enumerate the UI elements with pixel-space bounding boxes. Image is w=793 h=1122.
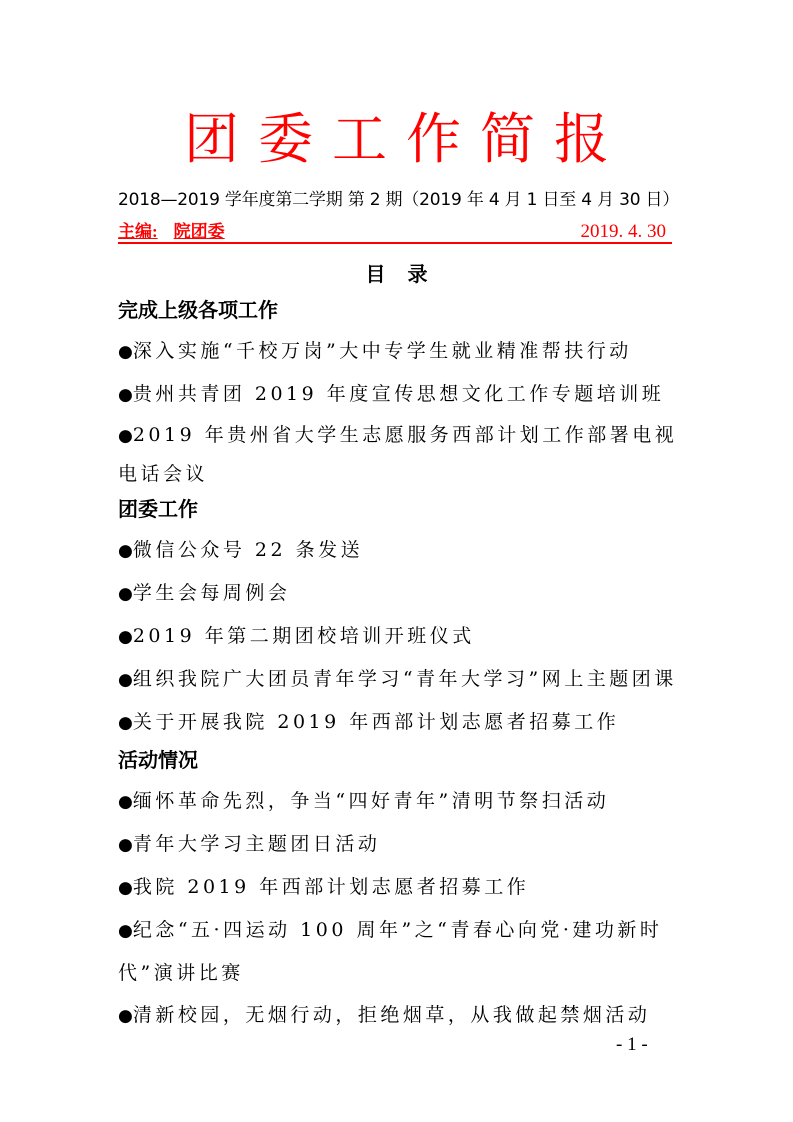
- toc-item: ●贵州共青团 2019 年度宣传思想文化工作专题培训班: [118, 373, 678, 416]
- bullet-icon: ●: [118, 921, 133, 941]
- editor-line: 主编:院团委 2019. 4. 30: [118, 220, 672, 244]
- toc-item: ●关于开展我院 2019 年西部计划志愿者招募工作: [118, 701, 678, 744]
- section-heading: 团委工作: [118, 495, 678, 529]
- bullet-icon: ●: [118, 835, 133, 855]
- document-page: 团委工作简报 2018—2019 学年度第二学期 第 2 期（2019 年 4 …: [0, 0, 793, 1122]
- toc-item: ●深入实施“千校万岗”大中专学生就业精准帮扶行动: [118, 330, 678, 373]
- editor-label: 主编:: [118, 222, 158, 241]
- bullet-icon: ●: [118, 1006, 133, 1026]
- toc-item: ●我院 2019 年西部计划志愿者招募工作: [118, 866, 678, 909]
- toc-item: ●缅怀革命先烈，争当“四好青年”清明节祭扫活动: [118, 780, 678, 823]
- bullet-icon: ●: [118, 426, 133, 446]
- toc-item: ●2019 年第二期团校培训开班仪式: [118, 615, 678, 658]
- bullet-icon: ●: [118, 627, 133, 647]
- bullet-icon: ●: [118, 342, 133, 362]
- toc-item: ●学生会每周例会: [118, 572, 678, 615]
- toc-item: ●清新校园，无烟行动，拒绝烟草，从我做起禁烟活动: [118, 994, 678, 1037]
- toc-item: ●2019 年贵州省大学生志愿服务西部计划工作部署电视电话会议: [118, 416, 678, 493]
- toc-item: ●微信公众号 22 条发送: [118, 529, 678, 572]
- issue-date: 2019. 4. 30: [581, 220, 667, 244]
- section-heading: 完成上级各项工作: [118, 296, 678, 330]
- table-of-contents: 完成上级各项工作 ●深入实施“千校万岗”大中专学生就业精准帮扶行动 ●贵州共青团…: [118, 296, 678, 1037]
- bullet-icon: ●: [118, 878, 133, 898]
- bullet-icon: ●: [118, 584, 133, 604]
- bullet-icon: ●: [118, 713, 133, 733]
- issue-info: 2018—2019 学年度第二学期 第 2 期（2019 年 4 月 1 日至 …: [118, 188, 688, 212]
- editor-name: 院团委: [174, 222, 225, 241]
- page-number: - 1 -: [616, 1033, 648, 1057]
- bullet-icon: ●: [118, 541, 133, 561]
- bullet-icon: ●: [118, 792, 133, 812]
- toc-title: 目录: [0, 260, 793, 288]
- bullet-icon: ●: [118, 385, 133, 405]
- editor-credit: 主编:院团委: [118, 220, 225, 244]
- section-heading: 活动情况: [118, 746, 678, 780]
- bullet-icon: ●: [118, 670, 133, 690]
- toc-item: ●青年大学习主题团日活动: [118, 823, 678, 866]
- toc-item: ●纪念“五·四运动 100 周年”之“青春心向党·建功新时代”演讲比赛: [118, 909, 678, 994]
- newsletter-title: 团委工作简报: [0, 104, 793, 174]
- toc-item: ●组织我院广大团员青年学习“青年大学习”网上主题团课: [118, 658, 678, 701]
